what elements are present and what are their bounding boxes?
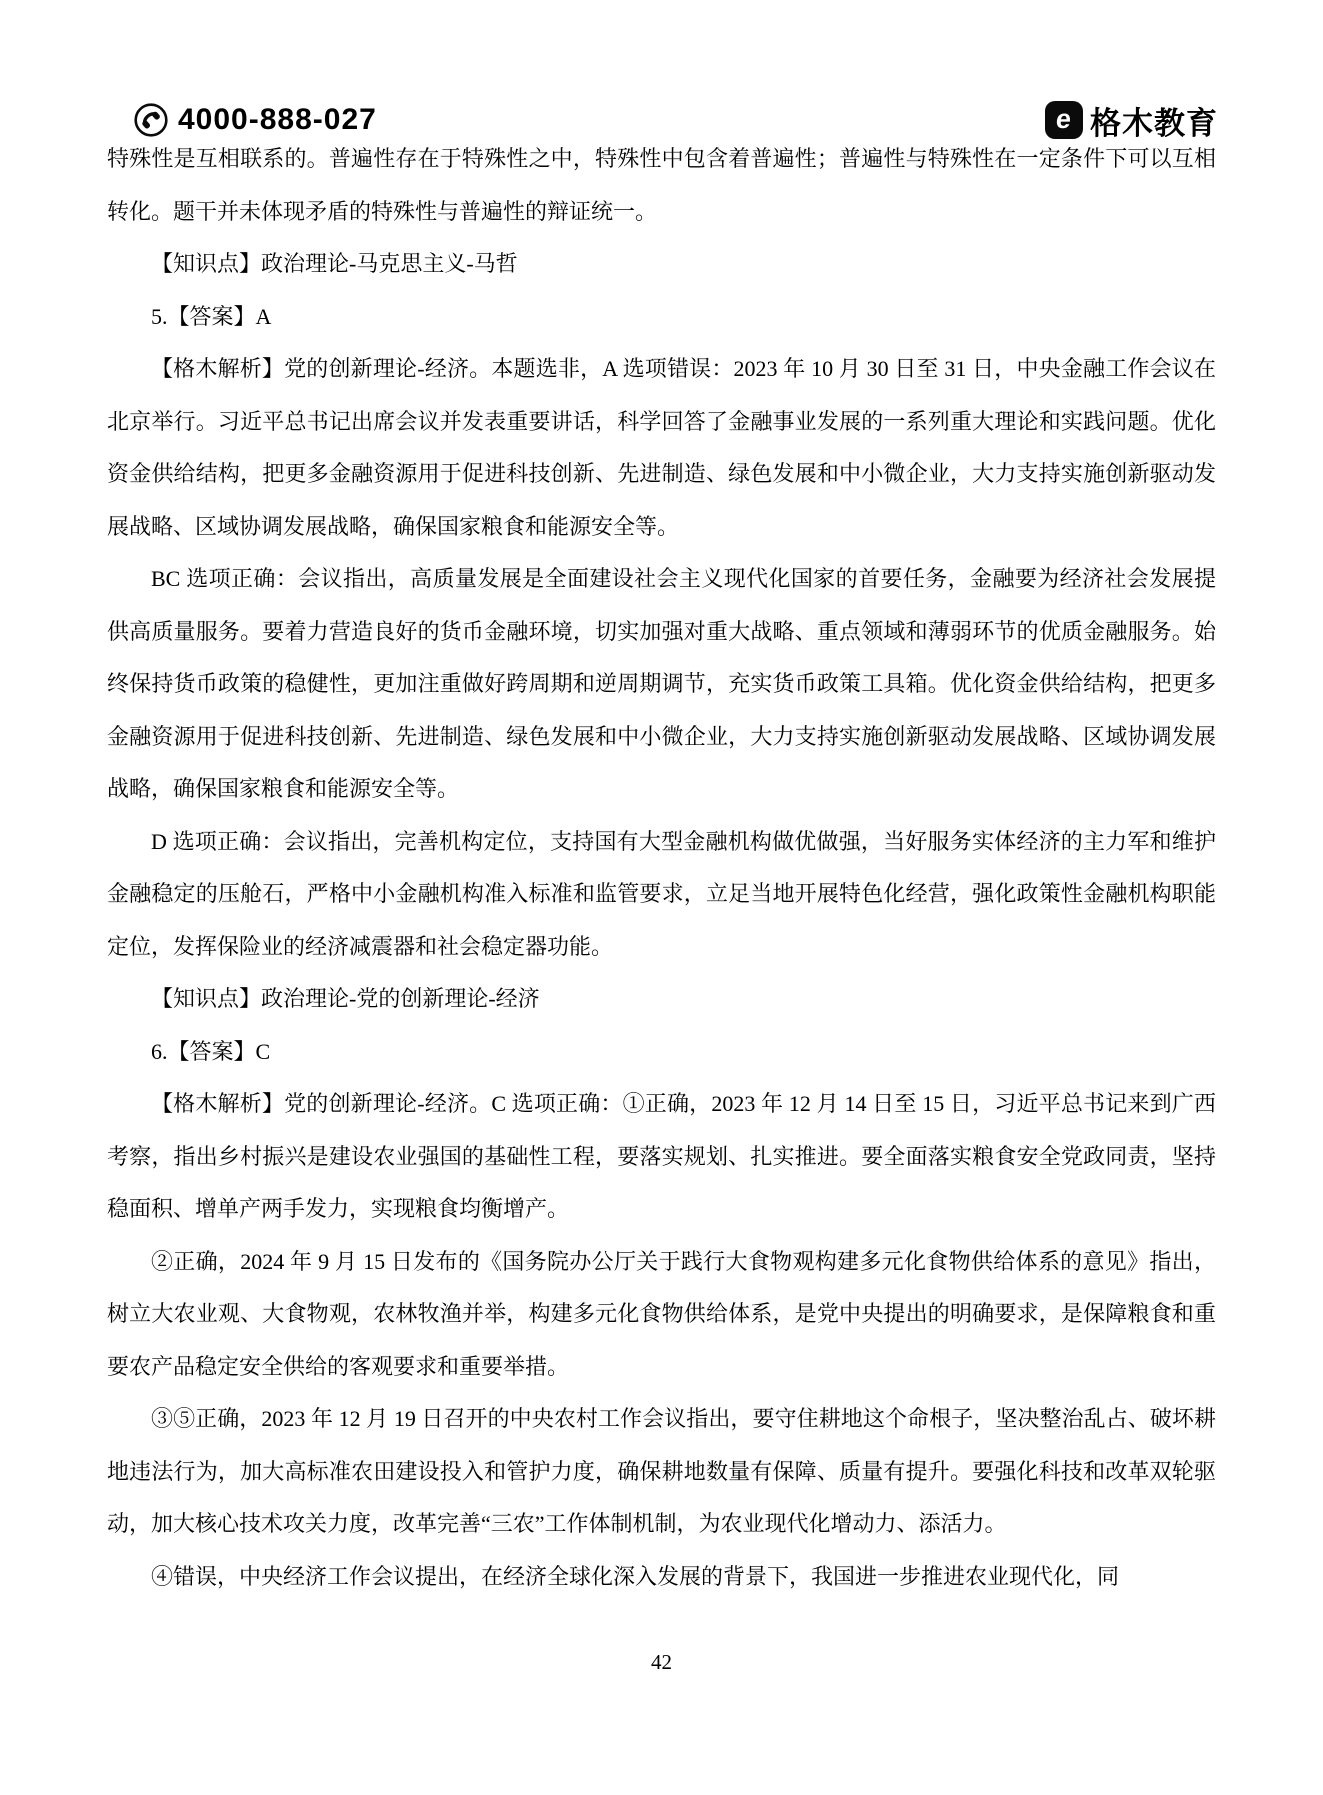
phone-number: 4000-888-027 xyxy=(178,103,377,137)
document-body: 特殊性是互相联系的。普遍性存在于特殊性之中，特殊性中包含着普遍性；普遍性与特殊性… xyxy=(107,133,1216,1603)
logo-letter: e xyxy=(1055,106,1073,133)
page-number: 42 xyxy=(0,1650,1323,1675)
analysis-q6-point-2: ②正确，2024 年 9 月 15 日发布的《国务院办公厅关于践行大食物观构建多… xyxy=(107,1236,1216,1394)
knowledge-point-q5: 【知识点】政治理论-党的创新理论-经济 xyxy=(107,973,1216,1026)
analysis-q6-points-3-5: ③⑤正确，2023 年 12 月 19 日召开的中央农村工作会议指出，要守住耕地… xyxy=(107,1393,1216,1551)
explanation-continuation: 特殊性是互相联系的。普遍性存在于特殊性之中，特殊性中包含着普遍性；普遍性与特殊性… xyxy=(107,133,1216,238)
analysis-q6-point-4: ④错误，中央经济工作会议提出，在经济全球化深入发展的背景下，我国进一步推进农业现… xyxy=(107,1551,1216,1604)
analysis-q5-options-bc: BC 选项正确：会议指出，高质量发展是全面建设社会主义现代化国家的首要任务，金融… xyxy=(107,553,1216,816)
document-page: 4000-888-027 e 格木教育 特殊性是互相联系的。普遍性存在于特殊性之… xyxy=(0,0,1323,1795)
answer-q6: 6.【答案】C xyxy=(107,1026,1216,1079)
answer-q5: 5.【答案】A xyxy=(107,291,1216,344)
analysis-q5-option-a: 【格木解析】党的创新理论-经济。本题选非，A 选项错误：2023 年 10 月 … xyxy=(107,343,1216,553)
analysis-q6-point-1: 【格木解析】党的创新理论-经济。C 选项正确：①正确，2023 年 12 月 1… xyxy=(107,1078,1216,1236)
analysis-q5-option-d: D 选项正确：会议指出，完善机构定位，支持国有大型金融机构做优做强，当好服务实体… xyxy=(107,816,1216,974)
knowledge-point-q4: 【知识点】政治理论-马克思主义-马哲 xyxy=(107,238,1216,291)
